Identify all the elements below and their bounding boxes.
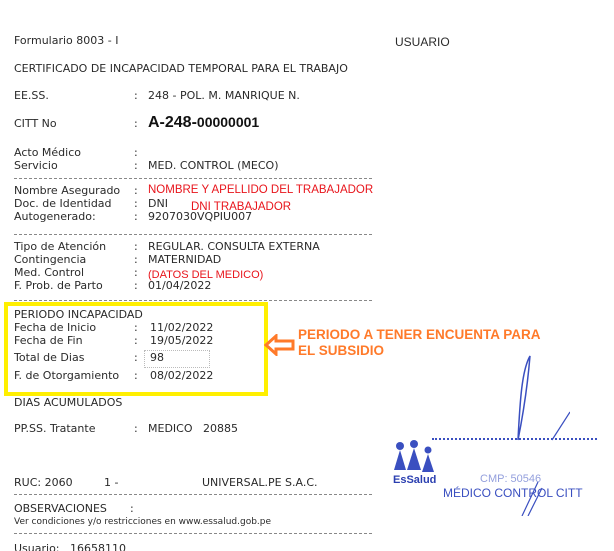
colon: : — [134, 351, 138, 364]
inicio-value: 11/02/2022 — [150, 321, 213, 334]
colon: : — [134, 253, 138, 266]
colon: : — [134, 422, 138, 435]
autogenerado-label: Autogenerado: — [14, 210, 96, 223]
observaciones-text: OBSERVACIONES — [14, 502, 107, 515]
periodo-title: PERIODO INCAPACIDAD — [14, 308, 143, 321]
nombre-value: NOMBRE Y APELLIDO DEL TRABAJADOR — [148, 184, 373, 196]
colon: : — [134, 369, 138, 382]
divider — [14, 533, 372, 534]
colon: : — [134, 321, 138, 334]
doc-value: DNI — [148, 197, 168, 210]
divider — [14, 234, 372, 235]
otorgamiento-label: F. de Otorgamiento — [14, 369, 119, 382]
tipo-label: Tipo de Atención — [14, 240, 106, 253]
parto-label: F. Prob. de Parto — [14, 279, 103, 292]
document-title: CERTIFICADO DE INCAPACIDAD TEMPORAL PARA… — [14, 62, 348, 75]
colon: : — [134, 279, 138, 292]
eess-value: 248 - POL. M. MANRIQUE N. — [148, 89, 300, 102]
acto-label: Acto Médico — [14, 146, 81, 159]
servicio-value: MED. CONTROL (MECO) — [148, 159, 278, 172]
ruc-row: RUC: 2060 1 - UNIVERSAL.PE S.A.C. — [14, 476, 374, 492]
contingencia-label: Contingencia — [14, 253, 86, 266]
contingencia-value: MATERNIDAD — [148, 253, 221, 266]
tratante-label: PP.SS. Tratante — [14, 422, 95, 435]
colon: : — [134, 240, 138, 253]
essalud-logo-icon — [392, 440, 438, 474]
fin-value: 19/05/2022 — [150, 334, 213, 347]
citt-row: CITT No : A-248-00000001 — [14, 114, 374, 134]
usuario-row: Usuario: 16658110 — [14, 542, 126, 551]
form-id: Formulario 8003 - I — [14, 34, 118, 47]
parto-value: 01/04/2022 — [148, 279, 211, 292]
atencion-group: Tipo de Atención : REGULAR. CONSULTA EXT… — [14, 240, 394, 296]
divider — [14, 178, 372, 179]
colon: : — [130, 502, 134, 515]
total-label: Total de Dias — [14, 351, 84, 364]
observaciones-note: Ver condiciones y/o restricciones en www… — [14, 517, 271, 527]
dias-acumulados: DIAS ACUMULADOS — [14, 396, 122, 409]
essalud-logo-text: EsSalud — [393, 474, 436, 486]
divider — [14, 494, 372, 495]
colon: : — [134, 197, 138, 210]
autogenerado-value: 9207030VQPIU007 — [148, 210, 252, 223]
citt-sequence: 00000001 — [197, 114, 259, 130]
tratante-value: MEDICO 20885 — [148, 422, 238, 435]
eess-row: EE.SS. : 248 - POL. M. MANRIQUE N. — [14, 89, 374, 105]
ruc-suffix: 1 - — [104, 476, 118, 489]
colon: : — [134, 117, 138, 130]
servicio-label: Servicio — [14, 159, 58, 172]
otorgamiento-value: 08/02/2022 — [150, 369, 213, 382]
citt-number: A-248-00000001 — [148, 114, 259, 132]
stamp-signature-mark — [520, 482, 550, 516]
inicio-label: Fecha de Inicio — [14, 321, 96, 334]
usuario-label: Usuario: — [14, 542, 60, 551]
company-name: UNIVERSAL.PE S.A.C. — [202, 476, 318, 489]
arrow-left-icon — [264, 334, 296, 356]
tipo-value: REGULAR. CONSULTA EXTERNA — [148, 240, 320, 253]
signature-line — [432, 438, 597, 440]
acto-servicio-group: Acto Médico : Servicio : MED. CONTROL (M… — [14, 146, 374, 174]
citt-prefix: A-248- — [148, 114, 197, 131]
stamp-role: MÉDICO CONTROL CITT — [443, 486, 583, 500]
doc-label: Doc. de Identidad — [14, 197, 112, 210]
asegurado-group: Nombre Asegurado : NOMBRE Y APELLIDO DEL… — [14, 184, 394, 226]
signature-mark — [500, 340, 570, 445]
colon: : — [134, 334, 138, 347]
ruc-label: RUC: 2060 — [14, 476, 73, 489]
eess-label: EE.SS. — [14, 89, 49, 102]
tratante-row: PP.SS. Tratante : MEDICO 20885 — [14, 422, 374, 438]
medcontrol-label: Med. Control — [14, 266, 84, 279]
divider — [14, 300, 372, 301]
periodo-group: PERIODO INCAPACIDAD Fecha de Inicio : 11… — [14, 308, 254, 388]
colon: : — [134, 184, 138, 197]
nombre-label: Nombre Asegurado — [14, 184, 120, 197]
colon: : — [134, 159, 138, 172]
total-value: 98 — [150, 351, 164, 364]
colon: : — [134, 89, 138, 102]
fin-label: Fecha de Fin — [14, 334, 83, 347]
observaciones-label: OBSERVACIONES: — [14, 502, 107, 515]
copy-label: USUARIO — [395, 35, 450, 49]
colon: : — [134, 210, 138, 223]
usuario-value: 16658110 — [70, 542, 126, 551]
colon: : — [134, 146, 138, 159]
citt-label: CITT No — [14, 117, 57, 130]
colon: : — [134, 266, 138, 279]
